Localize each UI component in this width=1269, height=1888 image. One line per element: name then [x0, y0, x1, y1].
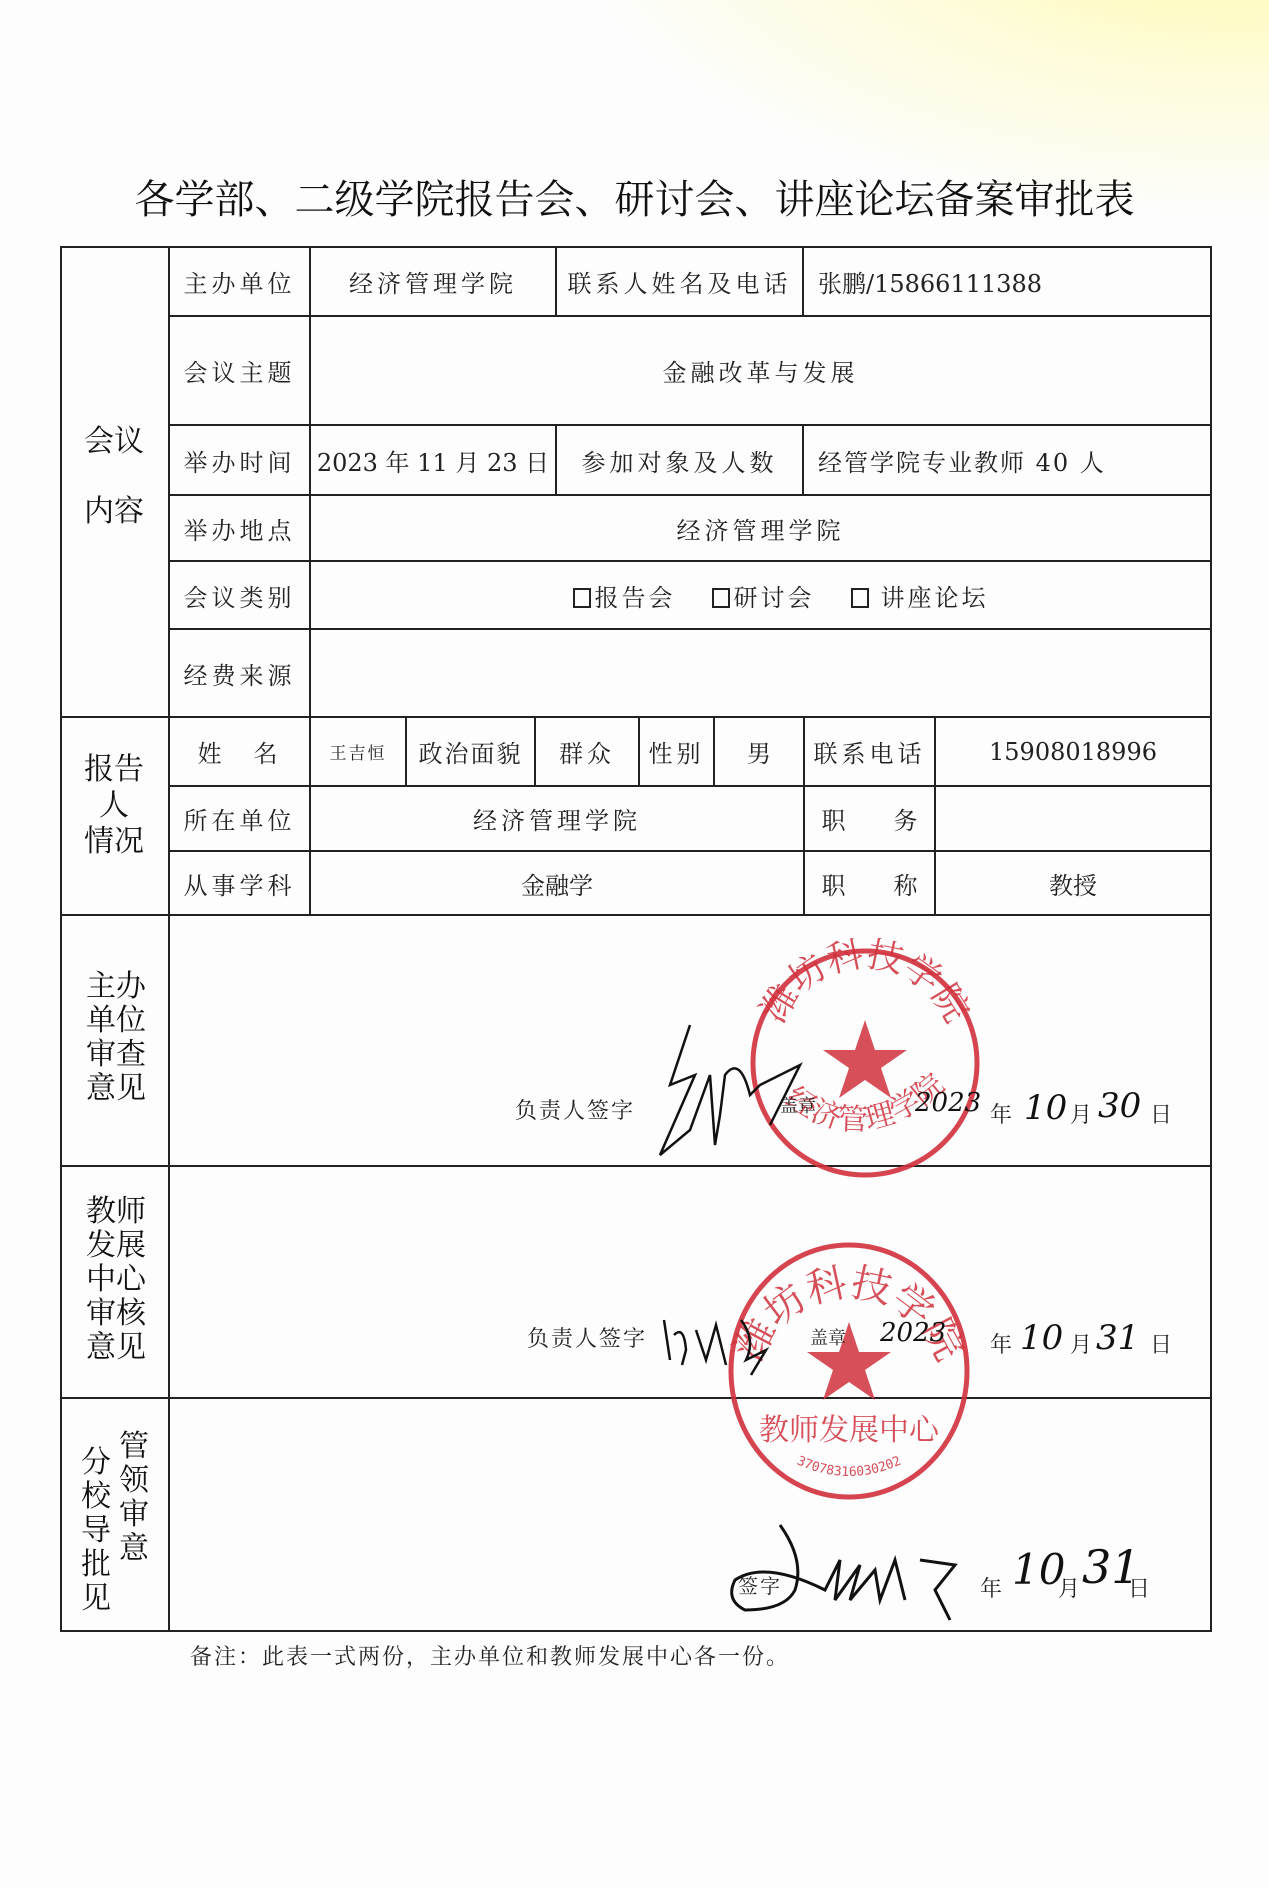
host-month: 10 — [1024, 1088, 1067, 1128]
type-option-seminar[interactable]: 研讨会 — [712, 578, 815, 613]
type-option-report[interactable]: 报告会 — [573, 578, 676, 613]
leader-sign-label: 签字 — [738, 1570, 782, 1599]
checkbox-icon[interactable] — [851, 588, 869, 608]
gender-label: 性别 — [640, 718, 713, 785]
type-label: 会议类别 — [170, 562, 309, 628]
teacher-month-suffix: 月 — [1070, 1328, 1092, 1359]
section-teacher-review-label: 教师发展中心审核意见 — [80, 1195, 152, 1365]
position-value[interactable] — [936, 787, 1210, 850]
teacher-year: 2023 — [880, 1318, 946, 1348]
political-value[interactable]: 群众 — [536, 718, 638, 785]
section-reporter-label: 报告 人 情况 — [60, 752, 168, 860]
teacher-day: 31 — [1096, 1318, 1139, 1358]
teacher-day-suffix: 日 — [1150, 1328, 1172, 1359]
checkbox-icon[interactable] — [712, 588, 730, 608]
host-month-suffix: 月 — [1070, 1098, 1092, 1129]
host-day-suffix: 日 — [1150, 1098, 1172, 1129]
host-sign-label: 负责人签字 — [515, 1094, 635, 1125]
reporter-unit-label: 所在单位 — [170, 787, 309, 850]
time-value[interactable]: 2023 年 11 月 23 日 — [311, 426, 555, 494]
funding-value[interactable] — [311, 630, 1210, 716]
phone-label: 联系电话 — [805, 718, 934, 785]
phone-value[interactable]: 15908018996 — [936, 718, 1210, 785]
host-stamp-label: 盖章 — [780, 1092, 816, 1118]
topic-value[interactable]: 金融改革与发展 — [311, 317, 1210, 424]
section-host-review-label: 主办单位审查意见 — [80, 970, 152, 1106]
leader-month-suffix: 月 — [1058, 1572, 1080, 1603]
host-signature — [650, 1015, 850, 1165]
venue-value[interactable]: 经济管理学院 — [311, 496, 1210, 560]
reporter-unit-value[interactable]: 经济管理学院 — [311, 787, 803, 850]
section-leader-review-label: 分校导批见 管领审意 — [80, 1430, 160, 1616]
teacher-stamp-label: 盖章 — [810, 1324, 846, 1350]
time-label: 举办时间 — [170, 426, 309, 494]
reporter-name-label: 姓 名 — [170, 718, 309, 785]
topic-label: 会议主题 — [170, 317, 309, 424]
teacher-month: 10 — [1020, 1318, 1063, 1358]
teacher-year-suffix: 年 — [990, 1328, 1012, 1359]
checkbox-icon[interactable] — [573, 588, 591, 608]
discipline-value[interactable]: 金融学 — [311, 852, 803, 914]
funding-label: 经费来源 — [170, 630, 309, 716]
title-value[interactable]: 教授 — [936, 852, 1210, 914]
reporter-name-value[interactable]: 王吉恒 — [311, 718, 405, 785]
participants-label: 参加对象及人数 — [557, 426, 802, 494]
host-day: 30 — [1098, 1086, 1141, 1126]
footnote: 备注：此表一式两份，主办单位和教师发展中心各一份。 — [190, 1640, 790, 1671]
position-label: 职 务 — [805, 787, 934, 850]
host-year: 2023 — [915, 1088, 981, 1118]
teacher-signature — [656, 1310, 806, 1380]
host-unit-value[interactable]: 经济管理学院 — [311, 248, 555, 315]
type-option-forum[interactable]: 讲座论坛 — [851, 578, 989, 613]
host-unit-label: 主办单位 — [170, 248, 309, 315]
leader-year-suffix: 年 — [980, 1572, 1002, 1603]
political-label: 政治面貌 — [407, 718, 534, 785]
discipline-label: 从事学科 — [170, 852, 309, 914]
type-options: 报告会 研讨会 讲座论坛 — [311, 562, 1210, 628]
host-year-suffix: 年 — [990, 1098, 1012, 1129]
title-label: 职 称 — [805, 852, 934, 914]
venue-label: 举办地点 — [170, 496, 309, 560]
contact-value[interactable]: 张鹏/15866111388 — [804, 248, 1210, 315]
leader-day-suffix: 日 — [1128, 1572, 1150, 1603]
contact-label: 联系人姓名及电话 — [557, 248, 802, 315]
section-meeting-label: 会议 内容 — [60, 424, 168, 530]
participants-value[interactable]: 经管学院专业教师 40 人 — [804, 426, 1210, 494]
teacher-sign-label: 负责人签字 — [527, 1322, 647, 1353]
gender-value[interactable]: 男 — [715, 718, 803, 785]
